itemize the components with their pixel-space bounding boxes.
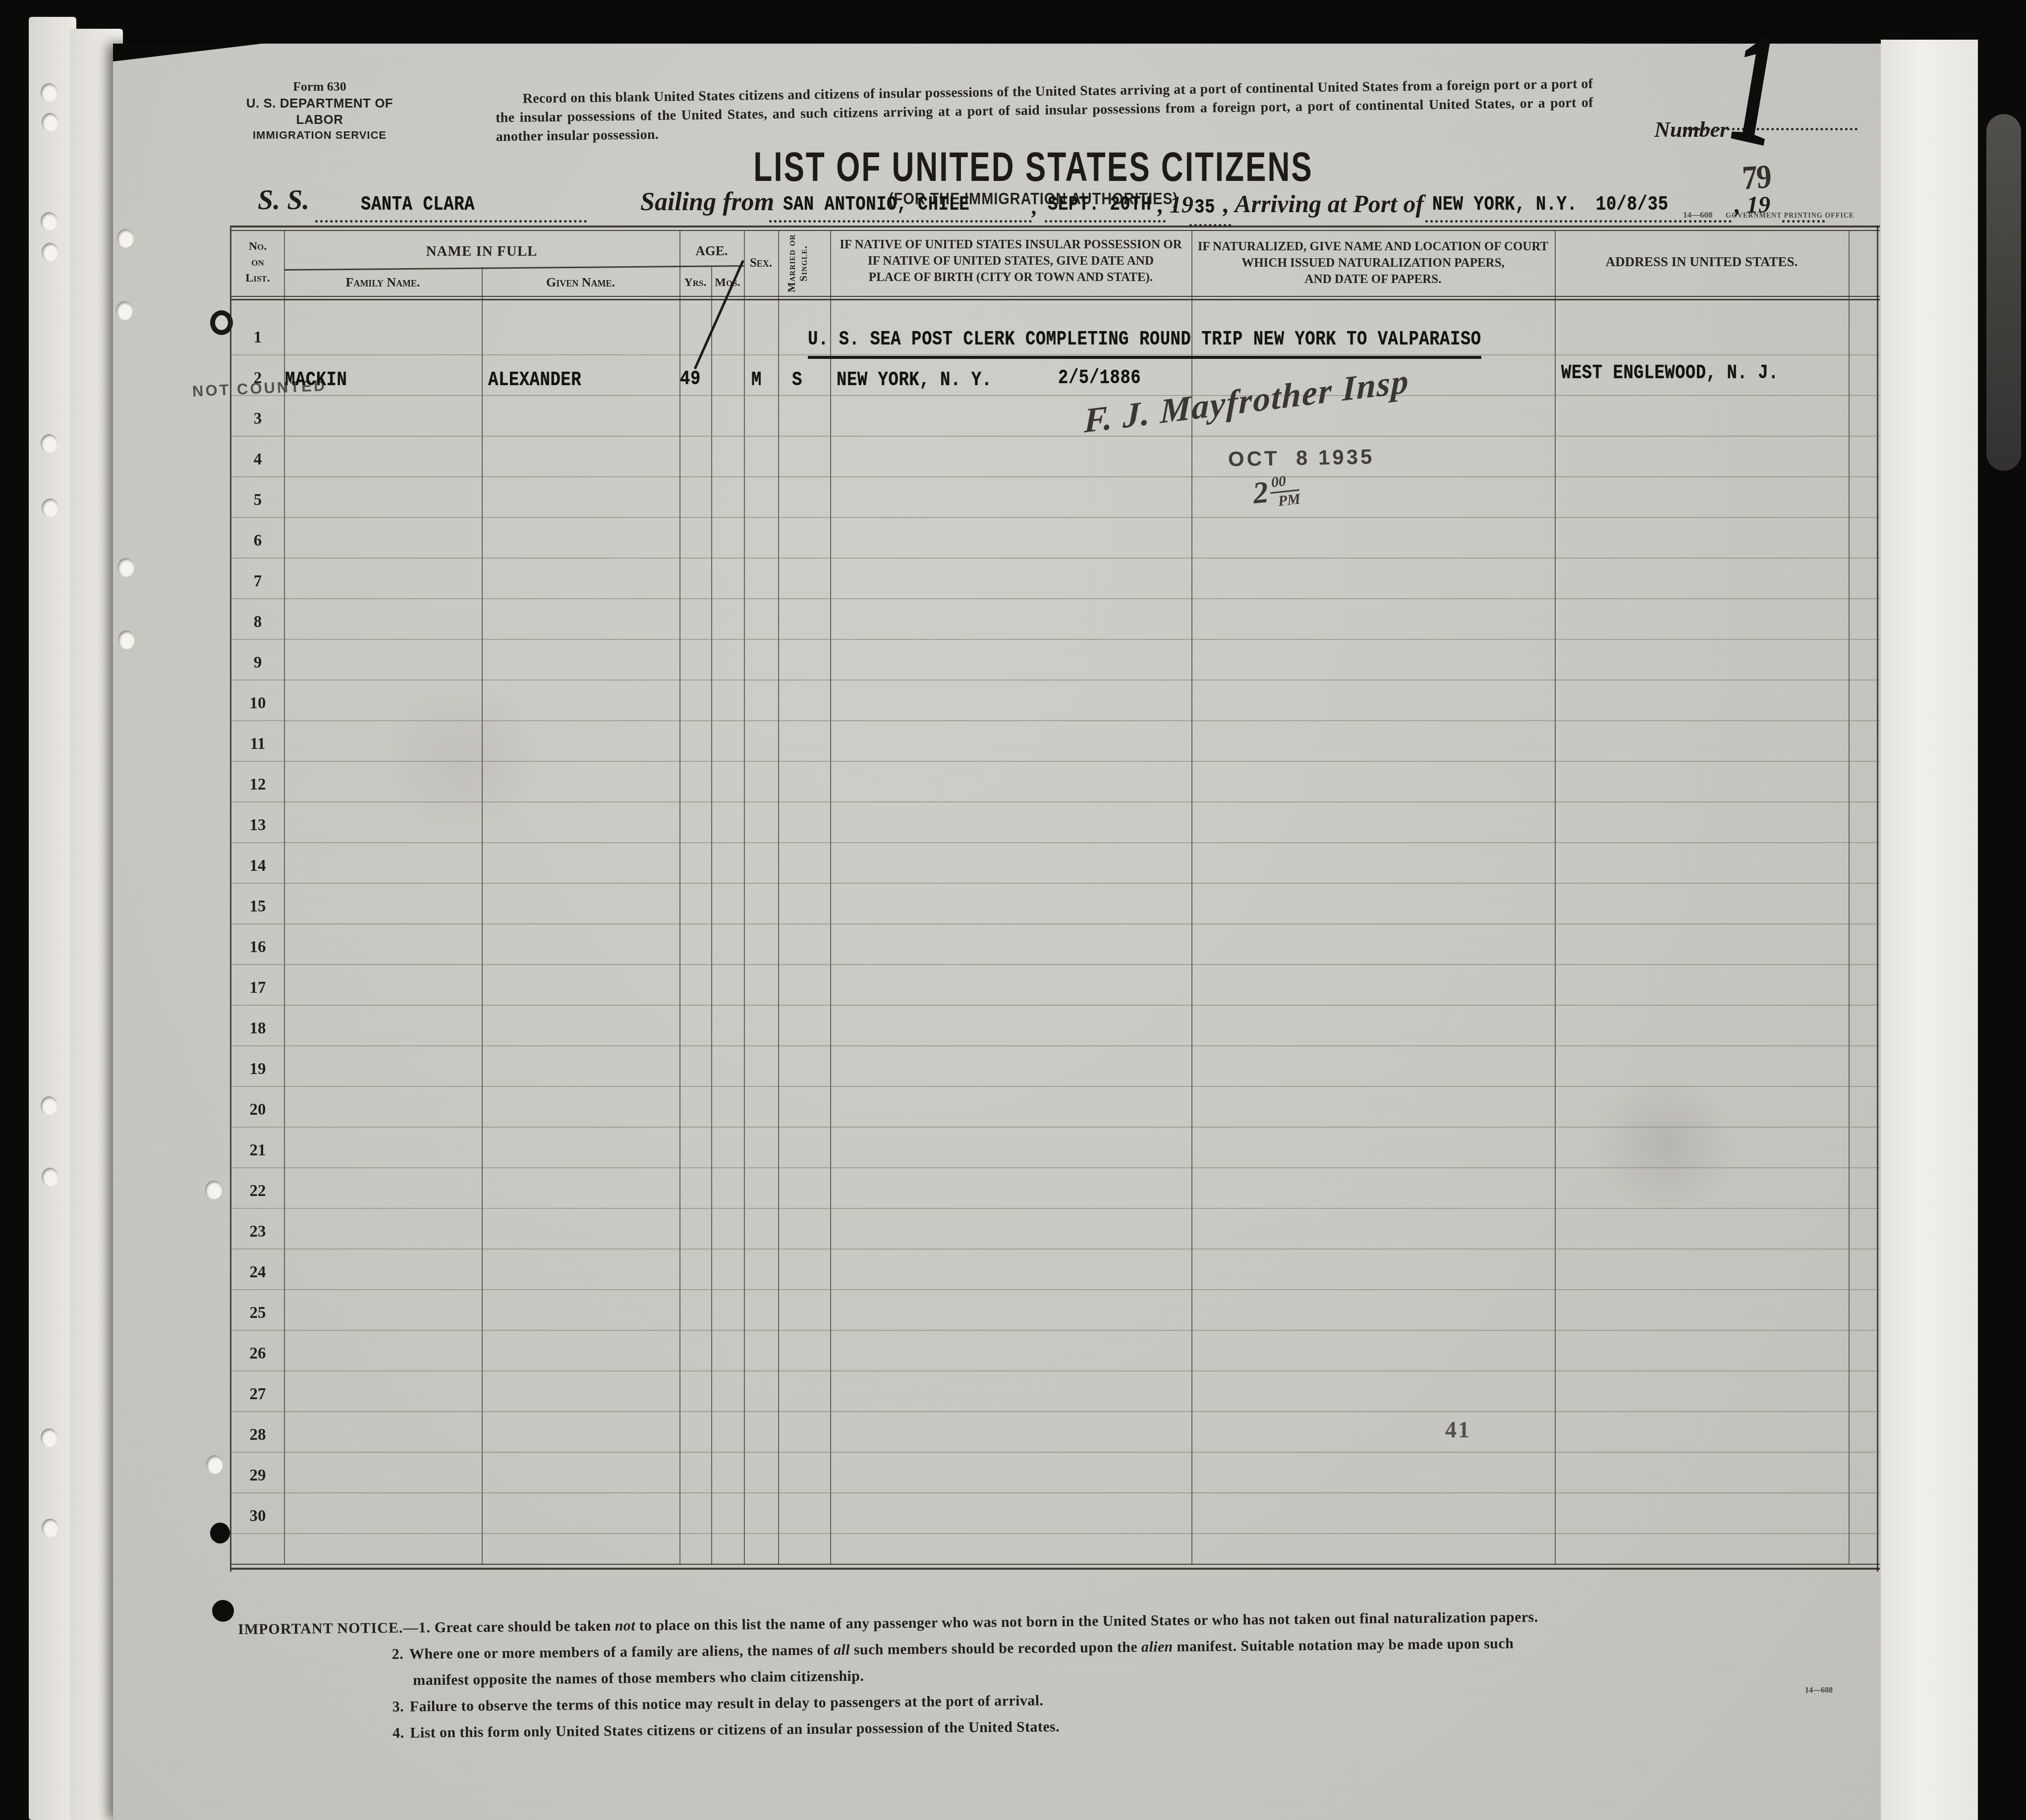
column-line (1849, 300, 1850, 1564)
table-rule (231, 1564, 1880, 1565)
passenger-given-name: ALEXANDER (488, 369, 581, 392)
row-number: 19 (231, 1060, 284, 1079)
row-number: 14 (231, 857, 284, 875)
year-label-1: , 19 (1158, 191, 1193, 219)
punch-hole (41, 1428, 57, 1447)
tally-stamp: 41 (1445, 1417, 1471, 1443)
col-header-age: AGE. (679, 243, 744, 259)
ship-name-rule (315, 220, 587, 223)
row-line (231, 1533, 1880, 1534)
row-line (231, 1249, 1880, 1250)
header-column-line (284, 231, 285, 300)
col-header-married-or-single: Married or Single. (786, 232, 823, 294)
row-number: 7 (231, 572, 284, 591)
row-number: 4 (231, 451, 284, 469)
print-code-top: 14—608 (1683, 210, 1713, 220)
punch-hole (42, 499, 58, 517)
passenger-birth-date: 2/5/1886 (1058, 367, 1141, 390)
arrival-rule (1425, 220, 1732, 223)
row-number: 9 (231, 654, 284, 672)
time-note: 200PM (1251, 471, 1301, 512)
voyage-comma: , (1032, 193, 1038, 220)
header-column-line (744, 231, 745, 300)
punch-hole (118, 630, 135, 649)
header-column-line (830, 231, 831, 300)
passenger-married-or-single: S (792, 369, 802, 392)
punch-hole (41, 83, 57, 102)
row-line (231, 1492, 1880, 1493)
row-number: 13 (231, 816, 284, 835)
doc-title: LIST OF UNITED STATES CITIZENS (753, 143, 1313, 191)
row-line (231, 1330, 1880, 1331)
row-number: 8 (231, 613, 284, 631)
arrival-port: NEW YORK, N.Y. (1432, 194, 1577, 216)
col-header-sex: Sex. (744, 256, 778, 270)
department-name: U. S. DEPARTMENT OF LABOR (225, 95, 414, 128)
punch-hole (41, 212, 57, 231)
print-code-bottom: 14—608 (1805, 1686, 1833, 1695)
time-minutes: 00 (1268, 471, 1299, 494)
table-rule (231, 299, 1880, 300)
row-number: 16 (231, 938, 284, 957)
row-line (231, 1045, 1880, 1046)
row-number: 20 (231, 1101, 284, 1119)
scan-canvas: Form 630 U. S. DEPARTMENT OF LABOR IMMIG… (0, 0, 2026, 1820)
passenger-address: WEST ENGLEWOOD, N. J. (1561, 362, 1779, 385)
header-subcolumn-line (711, 267, 712, 300)
form-id-block: Form 630 U. S. DEPARTMENT OF LABOR IMMIG… (225, 78, 414, 143)
row-number: 22 (231, 1182, 284, 1200)
header-column-line (679, 231, 680, 300)
row-line (231, 1208, 1880, 1209)
row-number: 5 (231, 491, 284, 510)
row-line (231, 923, 1880, 924)
punch-hole (41, 434, 57, 453)
row-line (231, 801, 1880, 802)
row-line (231, 598, 1880, 599)
punch-hole (42, 1519, 58, 1537)
row-line (231, 1086, 1880, 1087)
punch-hole (42, 113, 58, 132)
notice-heading: IMPORTANT NOTICE.—1. (238, 1619, 431, 1638)
row-number: 21 (231, 1141, 284, 1160)
table-rule (231, 1568, 1880, 1570)
header-column-line (1849, 231, 1850, 300)
time-hour: 2 (1251, 475, 1270, 511)
service-name: IMMIGRATION SERVICE (225, 128, 414, 143)
punch-hole (117, 558, 134, 577)
col-header-given-name: Given Name. (482, 275, 679, 290)
row-line (231, 680, 1880, 681)
passenger-sex: M (751, 369, 762, 392)
column-line (1191, 300, 1192, 1564)
row-line (231, 476, 1880, 477)
row-line (231, 1411, 1880, 1412)
col-header-name-in-full: NAME IN FULL (284, 243, 679, 260)
column-line (744, 300, 745, 1564)
row-number: 28 (231, 1426, 284, 1444)
punch-hole (117, 229, 134, 248)
table-rule (231, 296, 1880, 297)
form-number: Form 630 (225, 78, 414, 95)
column-line (482, 300, 483, 1564)
row-line (231, 639, 1880, 640)
row-number: 12 (231, 776, 284, 794)
column-line (284, 300, 285, 1564)
col-header-no-on-list: No. on List. (231, 238, 284, 286)
row-line (231, 558, 1880, 559)
sailing-from-label: Sailing from (640, 187, 774, 217)
col-header-mos: Mos. (711, 276, 744, 289)
row-number: 25 (231, 1304, 284, 1322)
ship-name: SANTA CLARA (361, 194, 475, 216)
header-column-line (1555, 231, 1556, 300)
column-line (1555, 300, 1556, 1564)
column-line (778, 300, 779, 1564)
row-line (231, 842, 1880, 843)
row-line (231, 761, 1880, 762)
row-line (231, 517, 1880, 518)
print-office: GOVERNMENT PRINTING OFFICE (1726, 212, 1854, 220)
header-mid-rule (284, 265, 744, 271)
year2-rule (1782, 220, 1825, 223)
row-line (231, 964, 1880, 965)
arrival-date: 10/8/35 (1596, 194, 1668, 216)
column-line (679, 300, 680, 1564)
row1-note: U. S. SEA POST CLERK COMPLETING ROUND TR… (808, 329, 1481, 359)
punch-hole (41, 1096, 57, 1115)
row-number: 26 (231, 1345, 284, 1363)
col-header-address: ADDRESS IN UNITED STATES. (1555, 254, 1849, 270)
punch-hole (205, 1181, 222, 1199)
column-line (711, 300, 712, 1564)
row-number: 10 (231, 694, 284, 713)
table-rule (231, 230, 1880, 231)
row-number: 1 (231, 329, 284, 347)
row-number: 17 (231, 979, 284, 997)
column-line (830, 300, 831, 1564)
scan-edge-artifact (1986, 114, 2021, 471)
row-number: 24 (231, 1263, 284, 1282)
sailing-year: 35 (1194, 197, 1215, 219)
passenger-birthplace: NEW YORK, N. Y. (837, 369, 992, 392)
row-number: 6 (231, 532, 284, 550)
row-line (231, 395, 1880, 396)
row-line (231, 1167, 1880, 1168)
right-page-edge (1881, 40, 1978, 1820)
header-column-line (778, 231, 779, 300)
row-number: 3 (231, 410, 284, 428)
sailing-port: SAN ANTONIO, CHILE (783, 194, 969, 216)
col-header-birth: IF NATIVE OF UNITED STATES INSULAR POSSE… (830, 236, 1191, 285)
punch-hole (116, 301, 133, 320)
time-meridiem: PM (1270, 491, 1301, 511)
header-column-line (1191, 231, 1192, 300)
row-number: 18 (231, 1020, 284, 1038)
sailing-port-rule (769, 220, 1032, 223)
date-stamp: OCT 8 1935 (1228, 445, 1375, 471)
sailing-date-rule (1045, 220, 1166, 223)
row-line (231, 1452, 1880, 1453)
row-line (231, 1370, 1880, 1371)
table-rule (231, 226, 1880, 227)
passenger-family-name: MACKIN (285, 369, 347, 392)
ss-label: S. S. (258, 184, 309, 216)
row-number: 23 (231, 1223, 284, 1241)
row-number: 29 (231, 1467, 284, 1485)
passenger-age-yrs: 49 (680, 368, 701, 391)
row-line (231, 1005, 1880, 1006)
header-subcolumn-line (482, 267, 483, 300)
row-number: 15 (231, 898, 284, 916)
row-number: 11 (231, 735, 284, 753)
row-number: 27 (231, 1385, 284, 1404)
col-header-naturalization: IF NATURALIZED, GIVE NAME AND LOCATION O… (1191, 238, 1555, 287)
row-line (231, 720, 1880, 721)
punch-hole (42, 1168, 58, 1187)
black-dot (212, 1600, 234, 1622)
important-notice: IMPORTANT NOTICE.—1. Great care should b… (238, 1604, 1855, 1745)
sailing-date: SEPT. 20TH (1048, 194, 1151, 216)
manifest-table: No. on List. NAME IN FULL Family Name. G… (230, 226, 1878, 1572)
row-number: 30 (231, 1507, 284, 1526)
black-dot (210, 1523, 230, 1543)
row-line (231, 883, 1880, 884)
punch-hole (206, 1455, 223, 1474)
row-line (231, 436, 1880, 437)
row-line (231, 1289, 1880, 1290)
col-header-family-name: Family Name. (284, 275, 482, 290)
arriving-label: , Arriving at Port of (1223, 189, 1424, 218)
punch-hole (42, 243, 58, 262)
row-line (231, 1127, 1880, 1128)
col-header-yrs: Yrs. (679, 276, 711, 289)
